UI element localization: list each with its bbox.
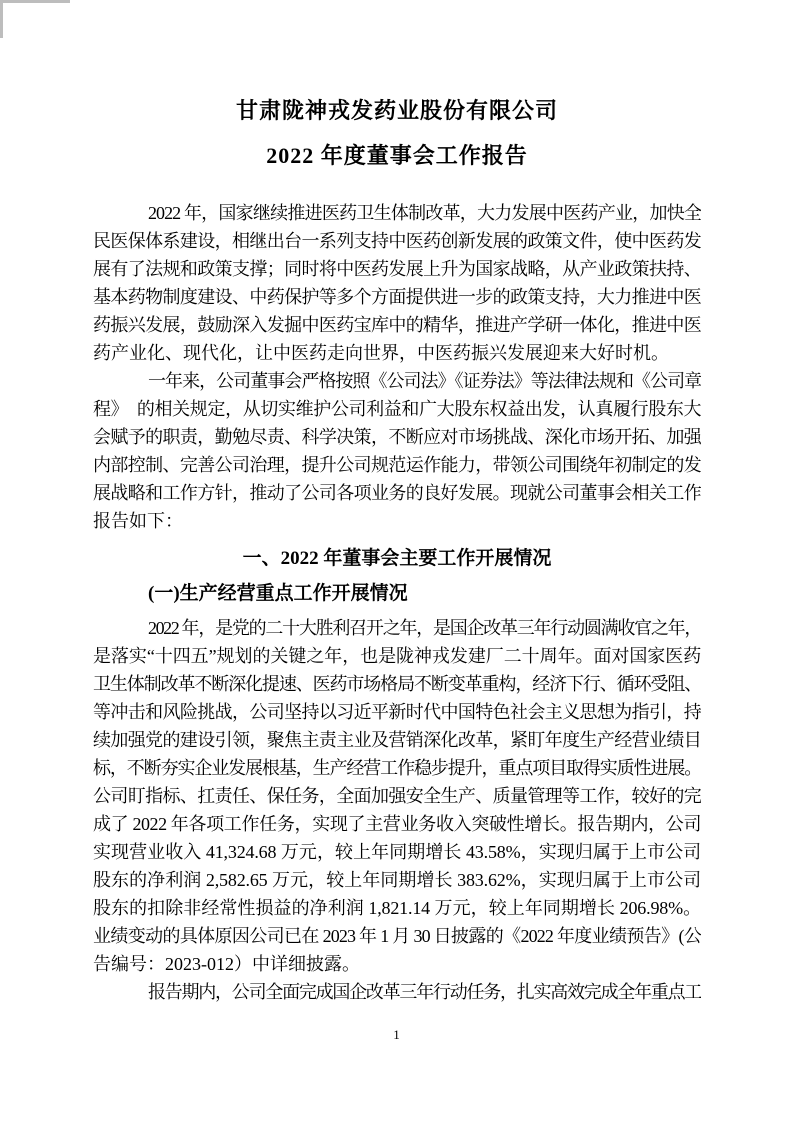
paragraph: 一年来，公司董事会严格按照《公司法》《证券法》等法律法规和《公司章程》 的相关规… [93,367,701,535]
body-text-line: 卫生体制改革不断深化提速、医药市场格局不断变革重构，经济下行、循环受阻、 [93,670,701,698]
scan-artifact-left [0,0,3,38]
body-text-line: 业绩变动的具体原因公司已在 2023 年 1 月 30 日披露的《2022 年度… [93,922,701,950]
body-text-line: 报告如下： [93,507,701,535]
body-text-line: 等冲击和风险挑战，公司坚持以习近平新时代中国特色社会主义思想为指引，持 [93,698,701,726]
document-page: 甘肃陇神戎发药业股份有限公司 2022 年度董事会工作报告 2022 年，国家继… [0,0,793,1122]
subsection-heading: (一)生产经营重点工作开展情况 [93,576,701,611]
body-text-line: 报告期内，公司全面完成国企改革三年行动任务，扎实高效完成全年重点工 [93,978,701,1006]
body-text-line: 股东的扣除非经常性损益的净利润 1,821.14 万元，较上年同期增长 206.… [93,894,701,922]
document-content: 甘肃陇神戎发药业股份有限公司 2022 年度董事会工作报告 2022 年，国家继… [93,0,701,1006]
paragraph: 报告期内，公司全面完成国企改革三年行动任务，扎实高效完成全年重点工 [93,978,701,1006]
body-text-line: 实现营业收入 41,324.68 万元，较上年同期增长 43.58%，实现归属于… [93,838,701,866]
scan-artifact-top [0,0,70,3]
body-text-line: 股东的净利润 2,582.65 万元，较上年同期增长 383.62%，实现归属于… [93,866,701,894]
body-text-line: 公司盯指标、扛责任、保任务，全面加强安全生产、质量管理等工作，较好的完 [93,782,701,810]
body-text-line: 展有了法规和政策支撑；同时将中医药发展上升为国家战略，从产业政策扶持、 [93,255,701,283]
page-number: 1 [0,1026,793,1044]
subsection-heading-text: (一)生产经营重点工作开展情况 [93,576,701,611]
body-text-line: 展战略和工作方针，推动了公司各项业务的良好发展。现就公司董事会相关工作 [93,479,701,507]
body-text-line: 会赋予的职责，勤勉尽责、科学决策，不断应对市场挑战、深化市场开拓、加强 [93,423,701,451]
company-name-title: 甘肃陇神戎发药业股份有限公司 [93,88,701,133]
body-text-line: 基本药物制度建设、中药保护等多个方面提供进一步的政策支持，大力推进中医 [93,283,701,311]
body-text-line: 药振兴发展，鼓励深入发掘中医药宝库中的精华，推进产学研一体化，推进中医 [93,311,701,339]
document-body: 2022 年，国家继续推进医药卫生体制改革，大力发展中医药产业，加快全民医保体系… [93,199,701,1006]
body-text-line: 药产业化、现代化，让中医药走向世界，中医药振兴发展迎来大好时机。 [93,339,701,367]
body-text-line: 2022 年，国家继续推进医药卫生体制改革，大力发展中医药产业，加快全 [93,199,701,227]
body-text-line: 标，不断夯实企业发展根基，生产经营工作稳步提升，重点项目取得实质性进展。 [93,754,701,782]
body-text-line: 告编号：2023-012）中详细披露。 [93,950,701,978]
section-heading-text: 一、2022 年董事会主要工作开展情况 [93,541,701,576]
body-text-line: 民医保体系建设，相继出台一系列支持中医药创新发展的政策文件，使中医药发 [93,227,701,255]
paragraph: 2022 年，国家继续推进医药卫生体制改革，大力发展中医药产业，加快全民医保体系… [93,199,701,367]
body-text-line: 程》 的相关规定，从切实维护公司利益和广大股东权益出发，认真履行股东大 [93,395,701,423]
paragraph: 2022 年，是党的二十大胜利召开之年，是国企改革三年行动圆满收官之年，是落实“… [93,614,701,978]
body-text-line: 续加强党的建设引领，聚焦主责主业及营销深化改革，紧盯年度生产经营业绩目 [93,726,701,754]
section-heading: 一、2022 年董事会主要工作开展情况 [93,541,701,576]
report-title: 2022 年度董事会工作报告 [93,133,701,178]
body-text-line: 内部控制、完善公司治理，提升公司规范运作能力，带领公司围绕年初制定的发 [93,451,701,479]
body-text-line: 一年来，公司董事会严格按照《公司法》《证券法》等法律法规和《公司章 [93,367,701,395]
body-text-line: 是落实“十四五”规划的关键之年，也是陇神戎发建厂二十周年。面对国家医药 [93,642,701,670]
body-text-line: 成了 2022 年各项工作任务，实现了主营业务收入突破性增长。报告期内，公司 [93,810,701,838]
body-text-line: 2022 年，是党的二十大胜利召开之年，是国企改革三年行动圆满收官之年， [93,614,701,642]
